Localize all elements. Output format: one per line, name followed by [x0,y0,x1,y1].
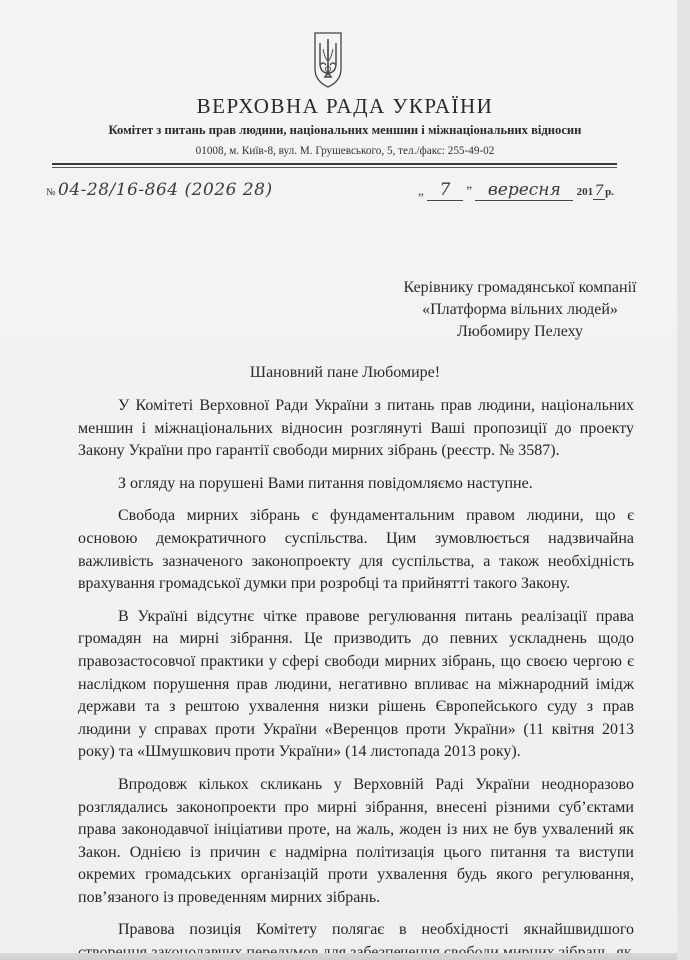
letter-page: ВЕРХОВНА РАДА УКРАЇНИ Комітет з питань п… [0,0,677,960]
handwritten-month: вересня [475,180,573,201]
organization-title: ВЕРХОВНА РАДА УКРАЇНИ [0,94,690,119]
reference-number: № 04-28/16-864 (2026 28) [46,180,273,200]
letterhead-rule-thick [52,163,617,165]
handwritten-reference-number: 04-28/16-864 (2026 28) [58,180,273,200]
date-open-quote: „ [418,183,424,198]
handwritten-day: 7 [427,180,463,201]
addressee-block: Керівнику громадянської компанії «Платфо… [370,277,670,343]
addressee-position: Керівнику громадянської компанії [370,277,670,299]
addressee-name: Любомиру Пелеху [370,321,670,343]
paragraph-5: Впродовж кількох скликань у Верховній Ра… [78,774,634,910]
trident-coat-of-arms-icon [313,31,343,89]
year-prefix: 201 [577,186,594,198]
paragraph-1: У Комітеті Верховної Ради України з пита… [78,395,634,463]
handwritten-year-digit: 7 [593,183,605,200]
letterhead-rule-thin [52,167,617,168]
committee-name: Комітет з питань прав людини, національн… [0,123,690,138]
letter-body: У Комітеті Верховної Ради України з пита… [78,395,634,960]
year-suffix: р. [605,186,614,198]
paragraph-4: В Україні відсутнє чітке правове регулюв… [78,606,634,764]
paragraph-3: Свобода мирних зібрань є фундаментальним… [78,505,634,595]
number-sign: № [46,187,56,198]
paper-edge-shadow [0,953,677,960]
date-close-quote: ” [466,183,472,198]
letter-date: „ 7 ” вересня 2017р. [418,180,614,201]
salutation: Шановний пане Любомире! [0,364,690,382]
paragraph-2: З огляду на порушені Вами питання повідо… [78,473,634,496]
committee-address: 01008, м. Київ-8, вул. М. Грушевського, … [0,145,690,157]
addressee-organization: «Платформа вільних людей» [370,299,670,321]
